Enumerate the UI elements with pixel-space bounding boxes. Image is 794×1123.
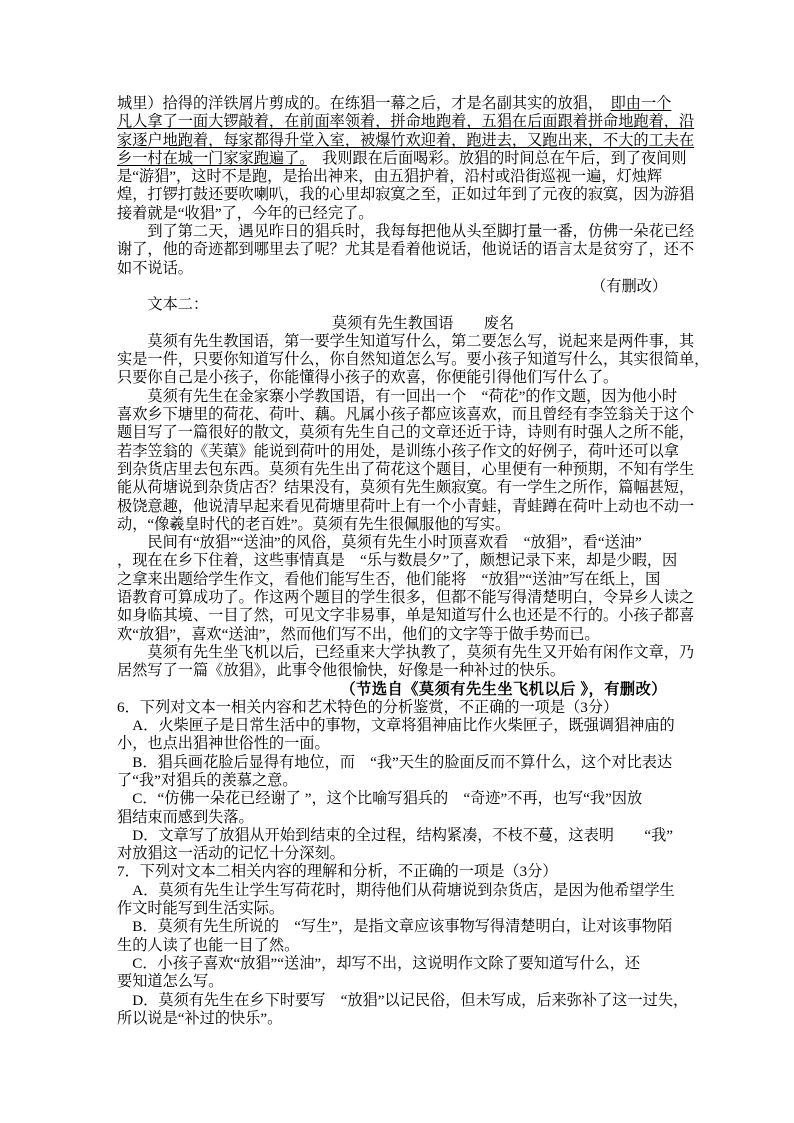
- question-6-stem: 6．下列对文本一相关内容和艺术特色的分析鉴赏，不正确的一项是（3分）: [117, 699, 729, 717]
- text2-source-note: （节选自《莫须有先生坐飞机以后 》，有删改）: [117, 681, 729, 699]
- text2-paragraph-4: 莫须有先生坐飞机以后，已经重来大学执教了，莫须有先生又开始有闲作文章，乃 居然写…: [117, 644, 729, 681]
- text1-paragraph-2: 到了第二天，遇见昨日的猖兵时，我每每把他从头至脚打量一番，仿佛一朵花已经 谢了，…: [117, 223, 729, 278]
- question-6-option-b: B．猖兵画花脸后显得有地位，而 “我”天生的脸面反而不算什么，这个对比表达 了“…: [117, 754, 729, 791]
- question-6-option-c: C．“仿佛一朵花已经谢了 ”，这个比喻写猖兵的 “奇迹”不再，也写“我”因放 猖…: [117, 790, 729, 827]
- text1-paragraph-1-pre: 城里）拾得的洋铁屑片剪成的。在练猖一幕之后，才是名副其实的放猖，: [117, 95, 611, 112]
- text1-paragraph-1: 城里）拾得的洋铁屑片剪成的。在练猖一幕之后，才是名副其实的放猖， 即由一个 凡人…: [117, 95, 729, 223]
- question-7-option-a: A．莫须有先生让学生写荷花时，期待他们从荷塘说到杂货店，是因为他希望学生 作文时…: [117, 882, 729, 919]
- question-6-option-a: A．火柴匣子是日常生活中的事物，文章将猖神庙比作火柴匣子，既强调猖神庙的 小，也…: [117, 717, 729, 754]
- exam-page: 城里）拾得的洋铁屑片剪成的。在练猖一幕之后，才是名副其实的放猖， 即由一个 凡人…: [0, 0, 794, 1123]
- question-6-option-d: D．文章写了放猖从开始到结束的全过程，结构紧凑，不枝不蔓，这表明 “我” 对放猖…: [117, 827, 729, 864]
- document-body: 城里）拾得的洋铁屑片剪成的。在练猖一幕之后，才是名副其实的放猖， 即由一个 凡人…: [117, 95, 729, 1028]
- question-7-option-c: C．小孩子喜欢“放猖”“送油”，却写不出，这说明作文除了要知道写什么，还 要知道…: [117, 955, 729, 992]
- text2-paragraph-3: 民间有“放猖”“送油”的风俗，莫须有先生小时顶喜欢看 “放猖”，看“送油” ，现…: [117, 534, 729, 644]
- text1-edit-note: （有删改）: [117, 278, 729, 296]
- text2-paragraph-1: 莫须有先生教国语，第一要学生知道写什么，第二要怎么写，说起来是两件事，其 实是一…: [117, 333, 729, 388]
- text2-title: 莫须有先生教国语 废名: [117, 315, 729, 333]
- question-7-stem: 7．下列对文本二相关内容的理解和分析，不正确的一项是（3分）: [117, 863, 729, 881]
- text2-label: 文本二：: [117, 296, 729, 314]
- question-7-option-b: B．莫须有先生所说的 “写生”，是指文章应该事物写得清楚明白，让对该事物陌 生的…: [117, 918, 729, 955]
- question-7-option-d: D．莫须有先生在乡下时要写 “放猖”以记民俗，但未写成，后来弥补了这一过失， 所…: [117, 992, 729, 1029]
- text2-paragraph-2: 莫须有先生在金家寨小学教国语，有一回出一个 “荷花”的作文题，因为他小时 喜欢乡…: [117, 388, 729, 534]
